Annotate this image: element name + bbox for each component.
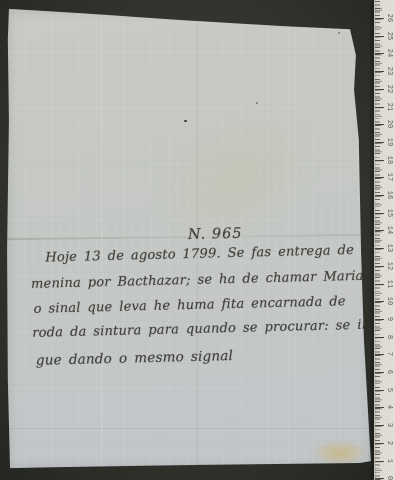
manuscript-text: N. 965 Hoje 13 de agosto 1799. Se fas en… xyxy=(0,4,377,474)
ruler-tick xyxy=(375,107,384,108)
ruler-tick xyxy=(375,195,384,196)
ruler-tick xyxy=(375,142,384,143)
ruler-number: 8 xyxy=(385,331,393,343)
ruler-number: 18 xyxy=(385,154,393,166)
ruler-tick xyxy=(375,337,384,338)
ruler-number: 17 xyxy=(385,171,393,183)
ruler-number: 16 xyxy=(385,189,393,201)
ruler-number: 22 xyxy=(385,83,393,95)
ruler-number: 1 xyxy=(385,455,393,467)
ruler-tick xyxy=(375,425,384,426)
ruler-number: 24 xyxy=(385,47,393,59)
ruler-number: 0 xyxy=(385,472,393,480)
document-line: roda da sintura para quando se procurar:… xyxy=(32,317,390,341)
ruler-number: 9 xyxy=(385,313,393,325)
ruler-number: 20 xyxy=(385,118,393,130)
ruler-tick xyxy=(375,124,384,125)
ruler-tick xyxy=(375,390,384,391)
ruler-number: 15 xyxy=(385,207,393,219)
ruler-number: 25 xyxy=(385,30,393,42)
measurement-ruler: 2625242322212019181716151413121110987654… xyxy=(374,0,395,480)
paper-sheet: N. 965 Hoje 13 de agosto 1799. Se fas en… xyxy=(6,8,372,469)
document-line: Hoje 13 de agosto 1799. Se fas entrega d… xyxy=(45,242,395,266)
ruler-tick xyxy=(375,284,384,285)
ruler-tick xyxy=(375,177,384,178)
ruler-tick xyxy=(375,266,384,267)
ruler-number: 11 xyxy=(385,278,393,290)
ruler-tick xyxy=(375,230,384,231)
ruler-tick xyxy=(375,18,384,19)
document-line: menina por Bacthazar; se ha de chamar Ma… xyxy=(31,268,380,292)
ruler-number: 21 xyxy=(385,101,393,113)
ruler-tick xyxy=(375,354,384,355)
ruler-tick xyxy=(375,53,384,54)
ruler-tick xyxy=(375,478,384,479)
ruler-number: 2 xyxy=(385,437,393,449)
ruler-tick xyxy=(375,319,384,320)
ruler-number: 12 xyxy=(385,260,393,272)
document-line: gue dando o mesmo signal xyxy=(36,348,234,369)
ruler-tick xyxy=(375,443,384,444)
ruler-tick xyxy=(375,372,384,373)
ruler-number: 10 xyxy=(385,295,393,307)
ruler-number: 23 xyxy=(385,65,393,77)
ruler-number: 5 xyxy=(385,384,393,396)
ruler-tick xyxy=(375,248,384,249)
ruler-tick xyxy=(375,160,384,161)
archival-scan: N. 965 Hoje 13 de agosto 1799. Se fas en… xyxy=(0,0,395,480)
ruler-number: 13 xyxy=(385,242,393,254)
ruler-tick xyxy=(375,407,384,408)
ruler-number: 6 xyxy=(385,366,393,378)
ruler-number: 14 xyxy=(385,224,393,236)
ruler-tick xyxy=(375,36,384,37)
ruler-tick xyxy=(375,71,384,72)
ruler-tick xyxy=(375,213,384,214)
document-line: o sinal que leva he huma fita encarnada … xyxy=(34,294,346,317)
ruler-tick xyxy=(375,89,384,90)
ruler-number: 7 xyxy=(385,348,393,360)
ruler-number: 26 xyxy=(385,12,393,24)
ruler-number: 4 xyxy=(385,401,393,413)
ruler-number: 19 xyxy=(385,136,393,148)
ruler-tick xyxy=(375,301,384,302)
document-number: N. 965 xyxy=(188,226,243,243)
ruler-tick xyxy=(375,461,384,462)
ruler-number: 3 xyxy=(385,419,393,431)
